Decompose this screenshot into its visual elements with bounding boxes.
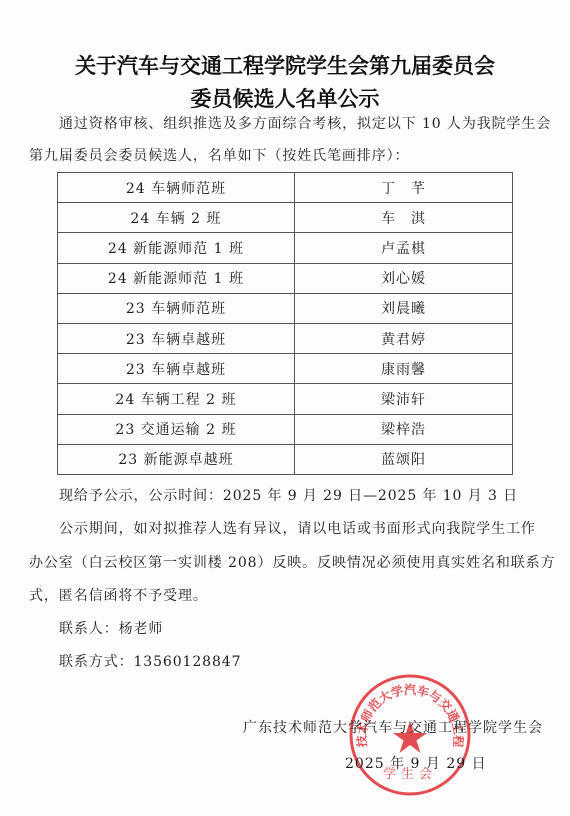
candidate-class: 23 车辆卓越班	[58, 354, 295, 384]
candidate-class: 24 车辆师范班	[58, 173, 295, 203]
candidate-name: 卢孟棋	[294, 233, 512, 263]
candidate-name: 车 淇	[294, 203, 512, 233]
candidate-row: 24 车辆 2 班车 淇	[58, 203, 513, 233]
candidate-table: 24 车辆师范班丁 芊24 车辆 2 班车 淇24 新能源师范 1 班卢孟棋24…	[57, 172, 513, 475]
objection-line-1: 公示期间，如对拟推荐人选有异议，请以电话或书面形式向我院学生工作	[59, 522, 536, 536]
candidate-class: 24 新能源师范 1 班	[58, 263, 295, 293]
candidate-row: 24 新能源师范 1 班刘心媛	[58, 263, 513, 293]
candidate-name: 黄君婷	[294, 323, 512, 353]
candidate-class: 23 车辆师范班	[58, 293, 295, 323]
candidate-name: 康雨馨	[294, 354, 512, 384]
intro-line-1: 通过资格审核、组织推选及多方面综合考核，拟定以下 10 人为我院学生会	[59, 117, 551, 131]
candidate-class: 23 车辆卓越班	[58, 323, 295, 353]
candidate-row: 23 车辆师范班刘晨曦	[58, 293, 513, 323]
candidate-name: 蓝颂阳	[294, 444, 512, 474]
title-line-1: 关于汽车与交通工程学院学生会第九届委员会	[0, 50, 570, 80]
candidate-name: 梁沛轩	[294, 384, 512, 414]
title-line-2: 委员候选人名单公示	[0, 83, 570, 113]
notice-period: 现给予公示，公示时间：2025 年 9 月 29 日—2025 年 10 月 3…	[59, 489, 518, 503]
candidate-name: 刘心媛	[294, 263, 512, 293]
candidate-name: 梁梓浩	[294, 414, 512, 444]
candidate-class: 24 新能源师范 1 班	[58, 233, 295, 263]
objection-line-2: 办公室（白云校区第一实训楼 208）反映。反映情况必须使用真实姓名和联系方	[29, 556, 555, 570]
candidate-class: 23 新能源卓越班	[58, 444, 295, 474]
candidate-row: 23 车辆卓越班康雨馨	[58, 354, 513, 384]
candidate-class: 24 车辆工程 2 班	[58, 384, 295, 414]
candidate-name: 刘晨曦	[294, 293, 512, 323]
candidate-row: 24 车辆师范班丁 芊	[58, 173, 513, 203]
candidate-name: 丁 芊	[294, 173, 512, 203]
candidate-row: 23 交通运输 2 班梁梓浩	[58, 414, 513, 444]
candidate-class: 23 交通运输 2 班	[58, 414, 295, 444]
candidate-row: 23 车辆卓越班黄君婷	[58, 323, 513, 353]
candidate-row: 24 新能源师范 1 班卢孟棋	[58, 233, 513, 263]
intro-line-2: 第九届委员会委员候选人，名单如下（按姓氏笔画排序）：	[29, 149, 409, 163]
contact-person: 联系人：杨老师	[59, 622, 163, 636]
candidate-row: 23 新能源卓越班蓝颂阳	[58, 444, 513, 474]
signature-org: 广东技术师范大学汽车与交通工程学院学生会	[243, 717, 543, 737]
signature-date: 2025 年 9 月 29 日	[345, 753, 487, 773]
candidate-class: 24 车辆 2 班	[58, 203, 295, 233]
contact-phone: 联系方式：13560128847	[59, 655, 241, 669]
objection-line-3: 式，匿名信函将不予受理。	[29, 589, 208, 603]
candidate-row: 24 车辆工程 2 班梁沛轩	[58, 384, 513, 414]
